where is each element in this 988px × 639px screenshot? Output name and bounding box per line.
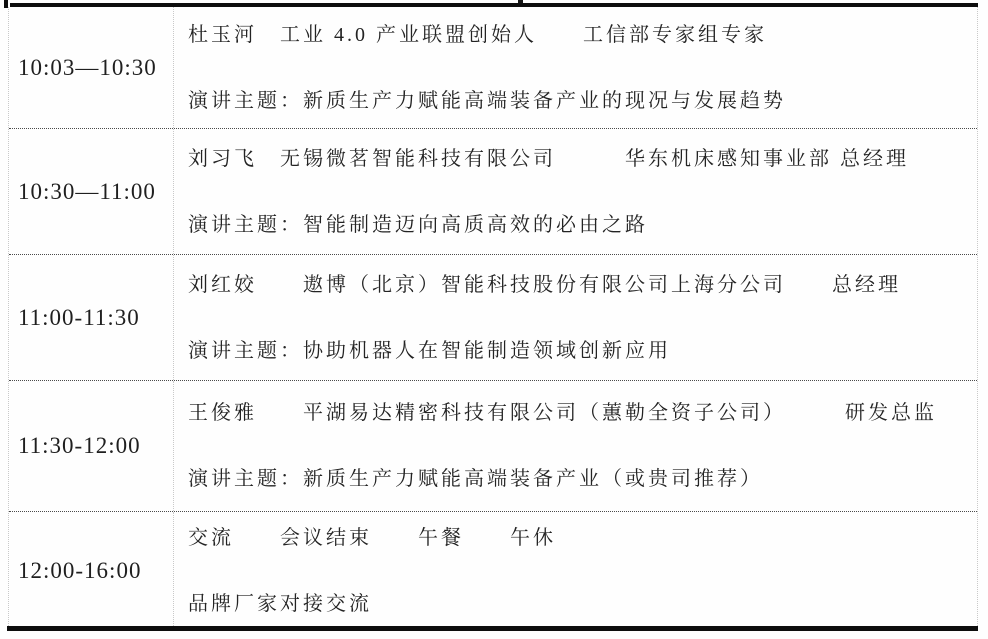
table-bottom-rule	[7, 626, 978, 631]
session-cell: 刘红姣 遨博（北京）智能科技股份有限公司上海分公司 总经理 演讲主题：协助机器人…	[173, 255, 977, 380]
session-cell: 王俊雅 平湖易达精密科技有限公司（蕙勒全资子公司） 研发总监 演讲主题：新质生产…	[173, 381, 977, 511]
topic-line: 演讲主题：协助机器人在智能制造领域创新应用	[188, 338, 971, 364]
time-cell: 10:03—10:30	[9, 7, 173, 128]
table-row: 10:30—11:00 刘习飞 无锡微茗智能科技有限公司 华东机床感知事业部 总…	[9, 128, 977, 254]
table-row: 11:00-11:30 刘红姣 遨博（北京）智能科技股份有限公司上海分公司 总经…	[9, 254, 977, 380]
topic-line: 演讲主题：新质生产力赋能高端装备产业（或贵司推荐）	[188, 466, 971, 492]
speaker-line: 杜玉河 工业 4.0 产业联盟创始人 工信部专家组专家	[188, 22, 971, 48]
session-cell: 交流 会议结束 午餐 午休 品牌厂家对接交流	[173, 512, 977, 630]
session-cell: 刘习飞 无锡微茗智能科技有限公司 华东机床感知事业部 总经理 演讲主题：智能制造…	[173, 129, 977, 254]
topic-line: 演讲主题：新质生产力赋能高端装备产业的现况与发展趋势	[188, 88, 971, 114]
speaker-line: 刘习飞 无锡微茗智能科技有限公司 华东机床感知事业部 总经理	[188, 146, 971, 172]
time-cell: 10:30—11:00	[9, 129, 173, 254]
activity-line: 交流 会议结束 午餐 午休	[188, 525, 971, 551]
schedule-table: 10:03—10:30 杜玉河 工业 4.0 产业联盟创始人 工信部专家组专家 …	[8, 7, 978, 630]
table-row: 11:30-12:00 王俊雅 平湖易达精密科技有限公司（蕙勒全资子公司） 研发…	[9, 380, 977, 511]
topic-line: 演讲主题：智能制造迈向高质高效的必由之路	[188, 212, 971, 238]
session-cell: 杜玉河 工业 4.0 产业联盟创始人 工信部专家组专家 演讲主题：新质生产力赋能…	[173, 7, 977, 128]
time-cell: 11:00-11:30	[9, 255, 173, 380]
time-cell: 11:30-12:00	[9, 381, 173, 511]
activity-line-2: 品牌厂家对接交流	[188, 591, 971, 617]
time-cell: 12:00-16:00	[9, 512, 173, 630]
table-row: 10:03—10:30 杜玉河 工业 4.0 产业联盟创始人 工信部专家组专家 …	[9, 7, 977, 128]
speaker-line: 王俊雅 平湖易达精密科技有限公司（蕙勒全资子公司） 研发总监	[188, 400, 971, 426]
speaker-line: 刘红姣 遨博（北京）智能科技股份有限公司上海分公司 总经理	[188, 272, 971, 298]
table-row: 12:00-16:00 交流 会议结束 午餐 午休 品牌厂家对接交流	[9, 511, 977, 630]
